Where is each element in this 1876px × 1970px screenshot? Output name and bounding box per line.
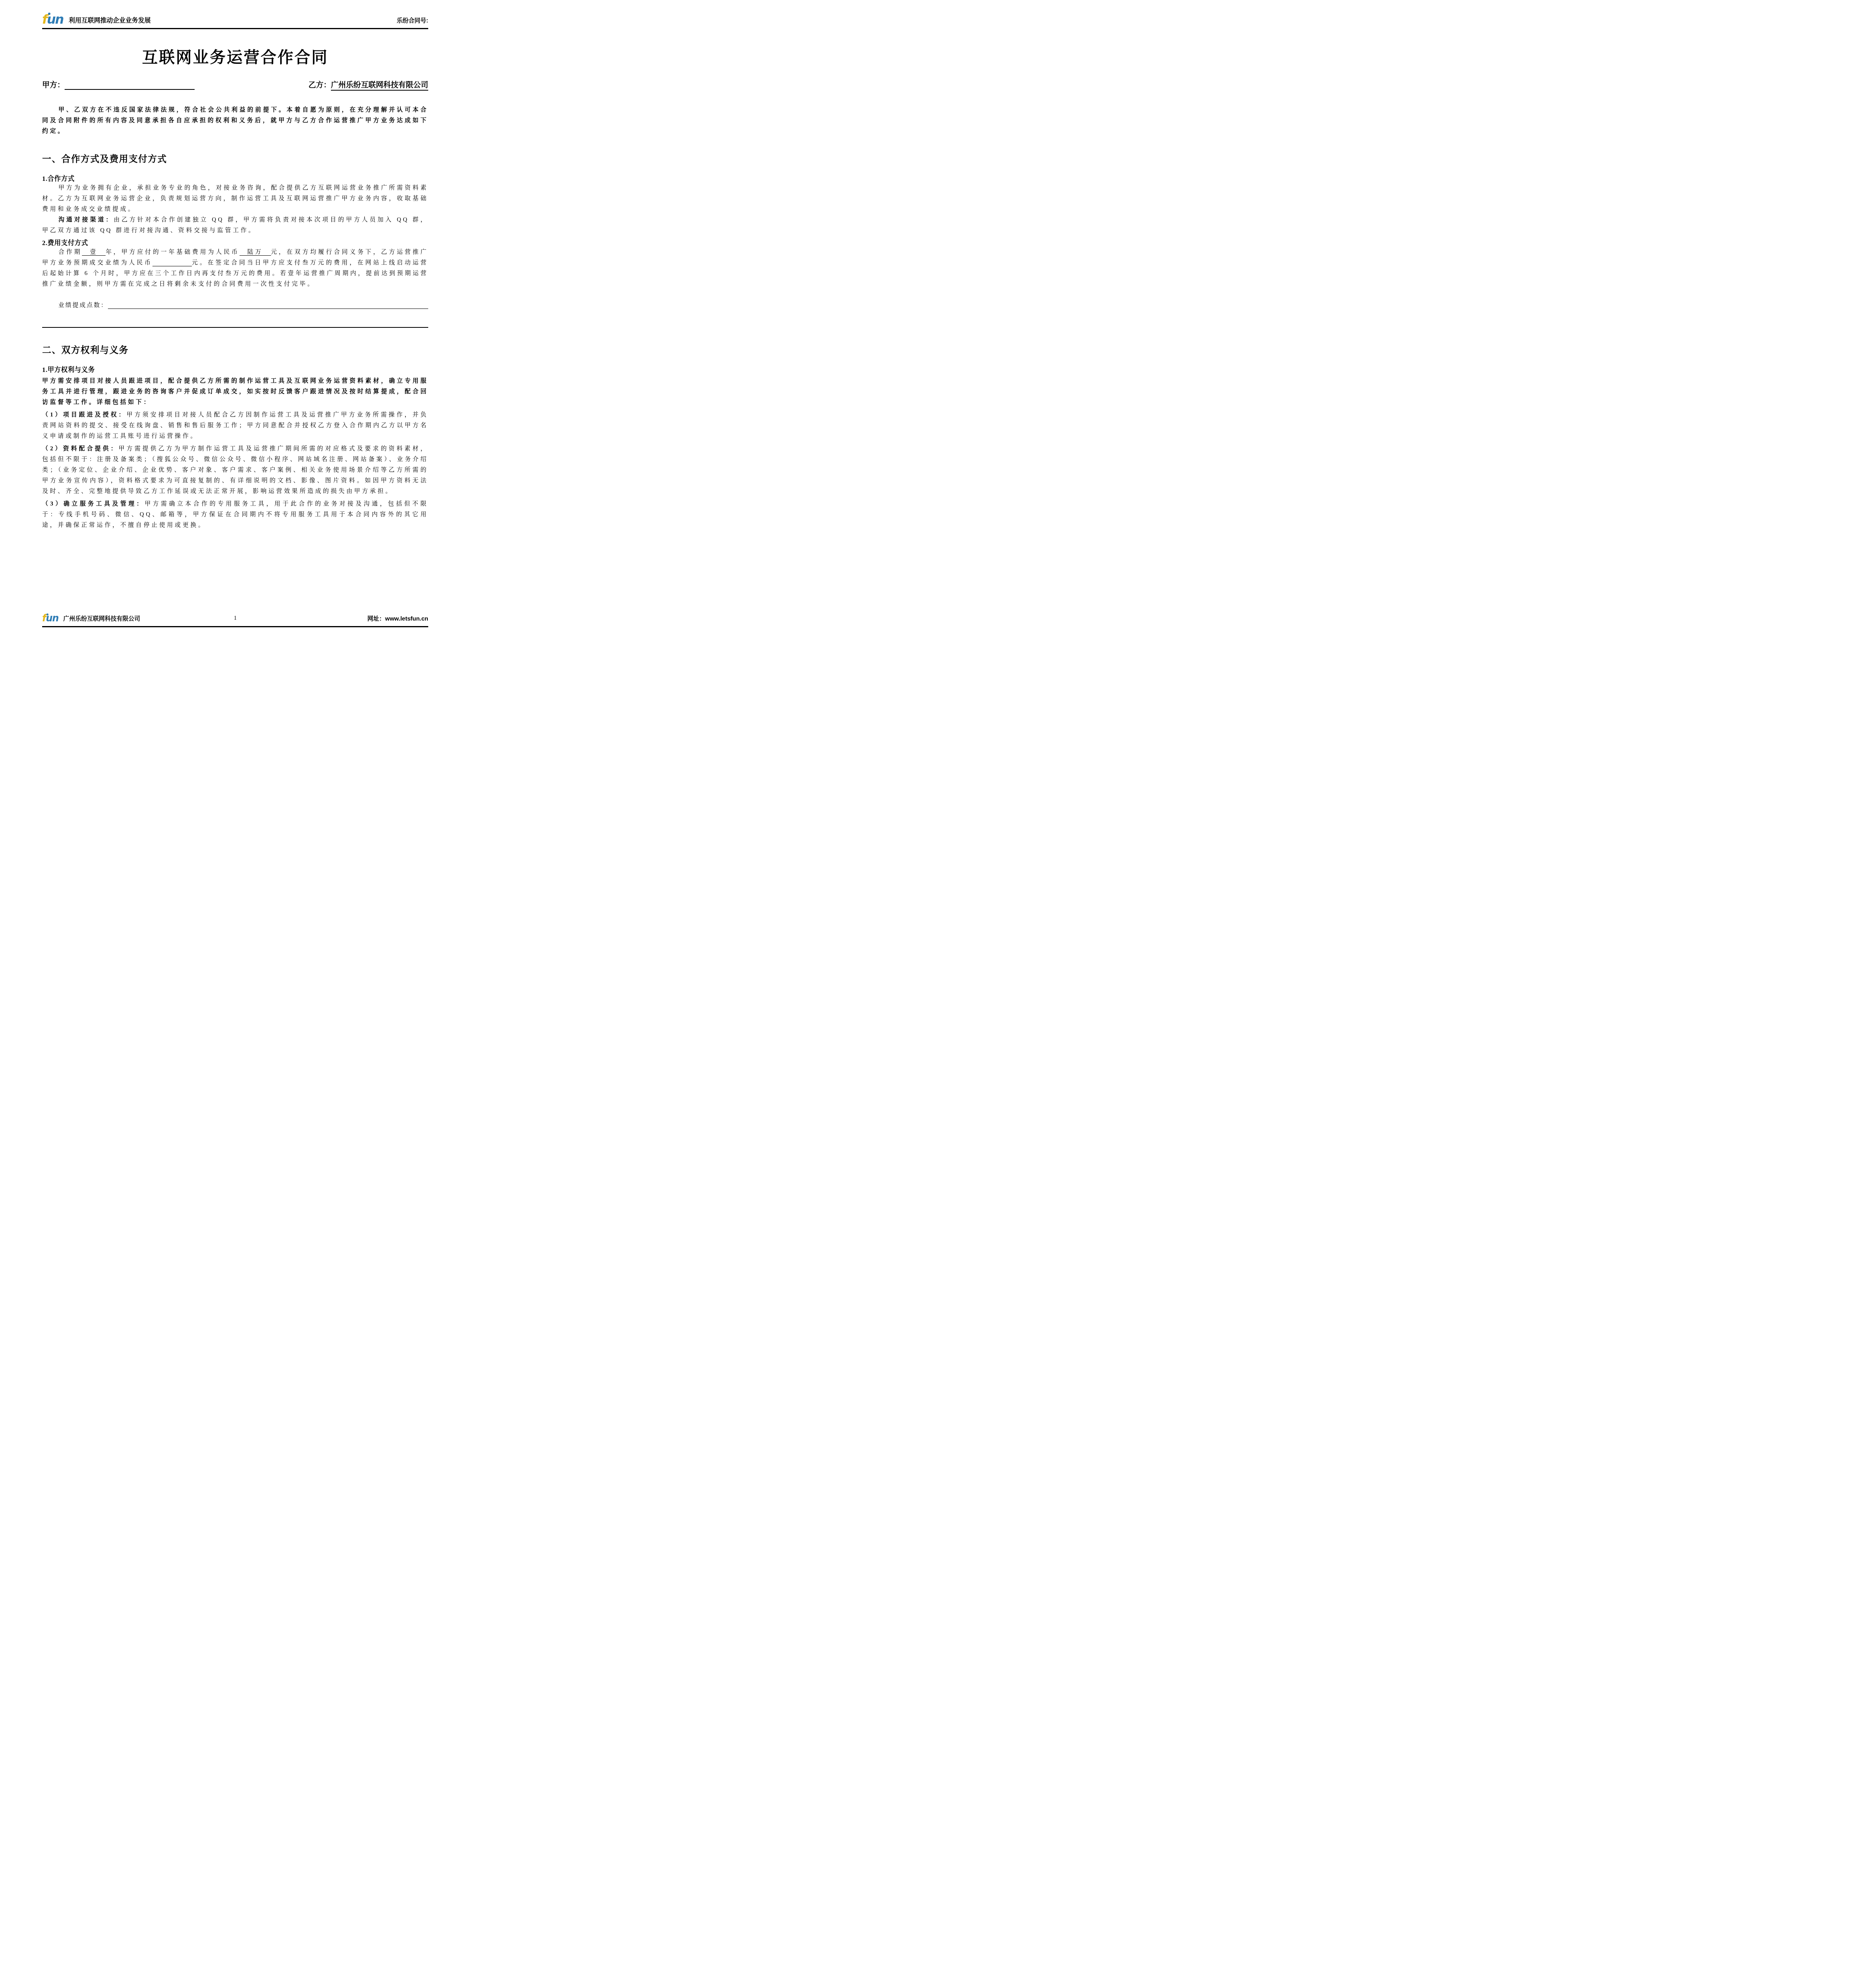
page-number: 1 [234,615,236,622]
page-content: fun 利用互联网推动企业业务发展 乐纷合同号: 互联网业务运营合作合同 甲方：… [0,0,469,531]
duty-item-1-lead: （1）项目跟进及授权： [42,412,126,418]
parties-row: 甲方： 乙方：广州乐纷互联网科技有限公司 [42,79,428,90]
payment-terms-paragraph: 合作期 壹 年，甲方应付的一年基础费用为人民币 陆万 元，在双方均履行合同义务下… [42,247,428,290]
section-divider [42,327,428,328]
logo-letter-f: f [42,12,47,27]
duty-item-3: （3）确立服务工具及管理：甲方需确立本合作的专用服务工具，用于此合作的业务对接及… [42,499,428,531]
commission-rate-label: 业绩提成点数： [58,301,108,309]
header-left: fun 利用互联网推动企业业务发展 [42,13,151,25]
commission-rate-row: 业绩提成点数： [42,301,428,309]
duty-item-2-lead: （2）资料配合提供： [42,446,119,452]
party-b-label: 乙方： [308,81,331,89]
party-a-duties-intro-paragraph: 甲方需安排项目对接人员跟进项目，配合提供乙方所需的制作运营工具及互联网业务运营资… [42,376,428,408]
party-a-label: 甲方： [42,79,65,90]
duty-item-2-text: 甲方需提供乙方为甲方制作运营工具及运营推广期间所需的对应格式及要求的资料素材，包… [42,446,428,494]
page-footer: fun 广州乐纷互联网科技有限公司 1 网址：www.letsfun.cn [42,614,428,627]
party-b-name: 广州乐纷互联网科技有限公司 [331,81,428,91]
page-header: fun 利用互联网推动企业业务发展 乐纷合同号: [42,0,428,29]
footer-company-name: 广州乐纷互联网科技有限公司 [63,614,140,623]
commission-blank-line [108,301,428,309]
section-1-sub-2-heading: 2.费用支付方式 [42,238,428,247]
duty-item-3-lead: （3）确立服务工具及管理： [42,501,145,507]
letsfun-logo-icon-footer: fun [42,614,59,623]
logo-dot-icon [48,13,50,15]
footer-website: 网址：www.letsfun.cn [368,614,428,623]
section-1-heading: 一、合作方式及费用支付方式 [42,152,428,165]
contract-document-page: { "header": { "logo": { "f": "f", "un": … [0,0,469,663]
duty-item-2: （2）资料配合提供：甲方需提供乙方为甲方制作运营工具及运营推广期间所需的对应格式… [42,444,428,497]
document-title: 互联网业务运营合作合同 [42,45,428,67]
section-1-sub-1-heading: 1.合作方式 [42,173,428,183]
header-tagline: 利用互联网推动企业业务发展 [69,17,150,25]
party-b: 乙方：广州乐纷互联网科技有限公司 [308,79,428,90]
section-2-sub-1-heading: 1.甲方权利与义务 [42,364,428,374]
footer-left: fun 广州乐纷互联网科技有限公司 [42,614,140,623]
communication-channel-paragraph: 沟通对接渠道：由乙方针对本合作创建独立 QQ 群，甲方需将负责对接本次项目的甲方… [42,215,428,236]
party-a: 甲方： [42,79,195,90]
party-a-blank-line [65,81,195,90]
footer-row: fun 广州乐纷互联网科技有限公司 1 网址：www.letsfun.cn [42,614,428,623]
section-2-heading: 二、双方权利与义务 [42,343,428,356]
contract-number-label: 乐纷合同号: [397,16,428,25]
duty-item-1: （1）项目跟进及授权：甲方须安排项目对接人员配合乙方因制作运营工具及运营推广甲方… [42,410,428,442]
intro-paragraph: 甲、乙双方在不违反国家法律法规，符合社会公共利益的前提下。本着自愿为原则，在充分… [42,105,428,137]
letsfun-logo-icon: fun [42,13,63,25]
cooperation-mode-paragraph: 甲方为业务拥有企业，承担业务专业的角色，对接业务咨询，配合提供乙方互联网运营业务… [42,183,428,215]
communication-channel-lead: 沟通对接渠道： [58,217,113,223]
